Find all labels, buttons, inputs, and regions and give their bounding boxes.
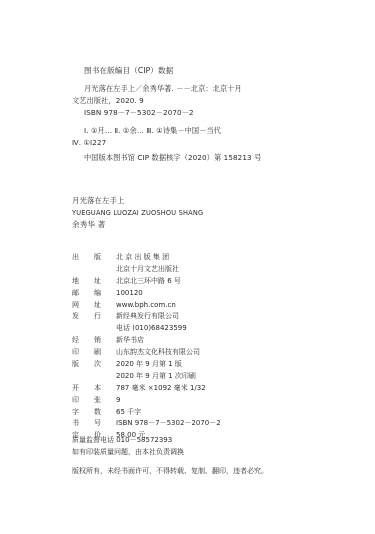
imprint-row: 印张9: [72, 394, 332, 406]
imprint-key-1: 网: [72, 300, 94, 310]
cip-record-line-2: 文艺出版社，2020. 9: [72, 96, 144, 106]
book-title: 月光落在左手上: [72, 196, 124, 206]
imprint-key-1: 印: [72, 347, 94, 357]
imprint-key-2: 行: [94, 311, 116, 321]
imprint-key-2: 销: [94, 335, 116, 345]
imprint-key-1: 出: [72, 252, 94, 262]
imprint-value: 787 毫米 ×1092 毫米 1/32: [116, 383, 206, 393]
imprint-row: 书号ISBN 978－7－5302－2070－2: [72, 417, 332, 429]
imprint-isbn: ISBN 978－7－5302－2070－2: [116, 418, 221, 428]
imprint-row: 邮编100120: [72, 287, 332, 299]
imprint-key-1: 书: [72, 418, 94, 428]
imprint-row: 网址www.bph.com.cn: [72, 299, 332, 311]
quality-hotline: 质量监督电话 010－58572393: [72, 435, 172, 445]
imprint-row: 电话 (010)68423599: [72, 322, 332, 334]
imprint-phone: 电话 (010)68423599: [116, 323, 187, 333]
imprint-value: 新经典发行有限公司: [116, 311, 179, 321]
cip-number: 中国版本图书馆 CIP 数据核字（2020）第 158213 号: [84, 153, 261, 163]
imprint-value: 新华书店: [116, 335, 144, 345]
imprint-value: 2020 年 9 月第 1 版: [116, 359, 182, 369]
cip-record-line-1: 月光落在左手上／余秀华著. －－北京：北京十月: [84, 84, 242, 94]
imprint-key-2: 编: [94, 288, 116, 298]
rights-statement: 版权所有，未经书面许可，不得转载、复制、翻印，违者必究。: [72, 466, 268, 476]
imprint-value: 65 千字: [116, 407, 141, 417]
imprint-row: 2020 年 9 月第 1 次印刷: [72, 370, 332, 382]
imprint-key-1: 邮: [72, 288, 94, 298]
imprint-key-2: 址: [94, 276, 116, 286]
imprint-key-2: 张: [94, 395, 116, 405]
imprint-key-2: 次: [94, 359, 116, 369]
book-title-pinyin: YUEGUANG LUOZAI ZUOSHOU SHANG: [72, 208, 203, 218]
imprint-key-2: 号: [94, 418, 116, 428]
quality-note: 如有印装质量问题，由本社负责调换: [72, 447, 184, 457]
imprint-key-1: 经: [72, 335, 94, 345]
imprint-key-1: 字: [72, 407, 94, 417]
imprint-key-2: 数: [94, 407, 116, 417]
imprint-row: 开本787 毫米 ×1092 毫米 1/32: [72, 382, 332, 394]
imprint-row: 出版北 京 出 版 集 团: [72, 251, 332, 263]
book-author: 余秀华 著: [72, 220, 105, 230]
imprint-website: www.bph.com.cn: [116, 301, 176, 309]
imprint-row: 字数65 千字: [72, 406, 332, 418]
imprint-value: 北京十月文艺出版社: [116, 264, 179, 274]
imprint-key-1: 发: [72, 311, 94, 321]
imprint-key-1: 版: [72, 359, 94, 369]
imprint-key-1: 印: [72, 395, 94, 405]
imprint-row: 经销新华书店: [72, 334, 332, 346]
imprint-key-2: 址: [94, 300, 116, 310]
imprint-value: 山东韵杰文化科技有限公司: [116, 347, 200, 357]
imprint-key-2: 本: [94, 383, 116, 393]
imprint-value: 北 京 出 版 集 团: [116, 252, 169, 262]
cip-classification-2: Ⅳ. ①I227: [72, 138, 106, 148]
imprint-value: 100120: [116, 289, 143, 297]
imprint-table: 出版北 京 出 版 集 团 北京十月文艺出版社 地址北京北三环中路 6 号 邮编…: [72, 251, 332, 441]
imprint-row: 发行新经典发行有限公司: [72, 310, 332, 322]
imprint-value: 北京北三环中路 6 号: [116, 276, 181, 286]
imprint-value: 2020 年 9 月第 1 次印刷: [116, 371, 196, 381]
cip-classification-1: Ⅰ. ①月… Ⅱ. ①余… Ⅲ. ①诗集－中国－当代: [84, 126, 221, 136]
cip-isbn: ISBN 978－7－5302－2070－2: [84, 108, 194, 118]
imprint-row: 印刷山东韵杰文化科技有限公司: [72, 346, 332, 358]
imprint-key-2: 刷: [94, 347, 116, 357]
imprint-row: 地址北京北三环中路 6 号: [72, 275, 332, 287]
imprint-key-2: 版: [94, 252, 116, 262]
copyright-page: 图书在版编目（CIP）数据 月光落在左手上／余秀华著. －－北京：北京十月 文艺…: [0, 0, 375, 534]
cip-heading: 图书在版编目（CIP）数据: [84, 66, 173, 76]
imprint-key-1: 地: [72, 276, 94, 286]
imprint-key-1: 开: [72, 383, 94, 393]
imprint-value: 9: [116, 396, 120, 404]
imprint-row: 北京十月文艺出版社: [72, 263, 332, 275]
imprint-row: 版次2020 年 9 月第 1 版: [72, 358, 332, 370]
